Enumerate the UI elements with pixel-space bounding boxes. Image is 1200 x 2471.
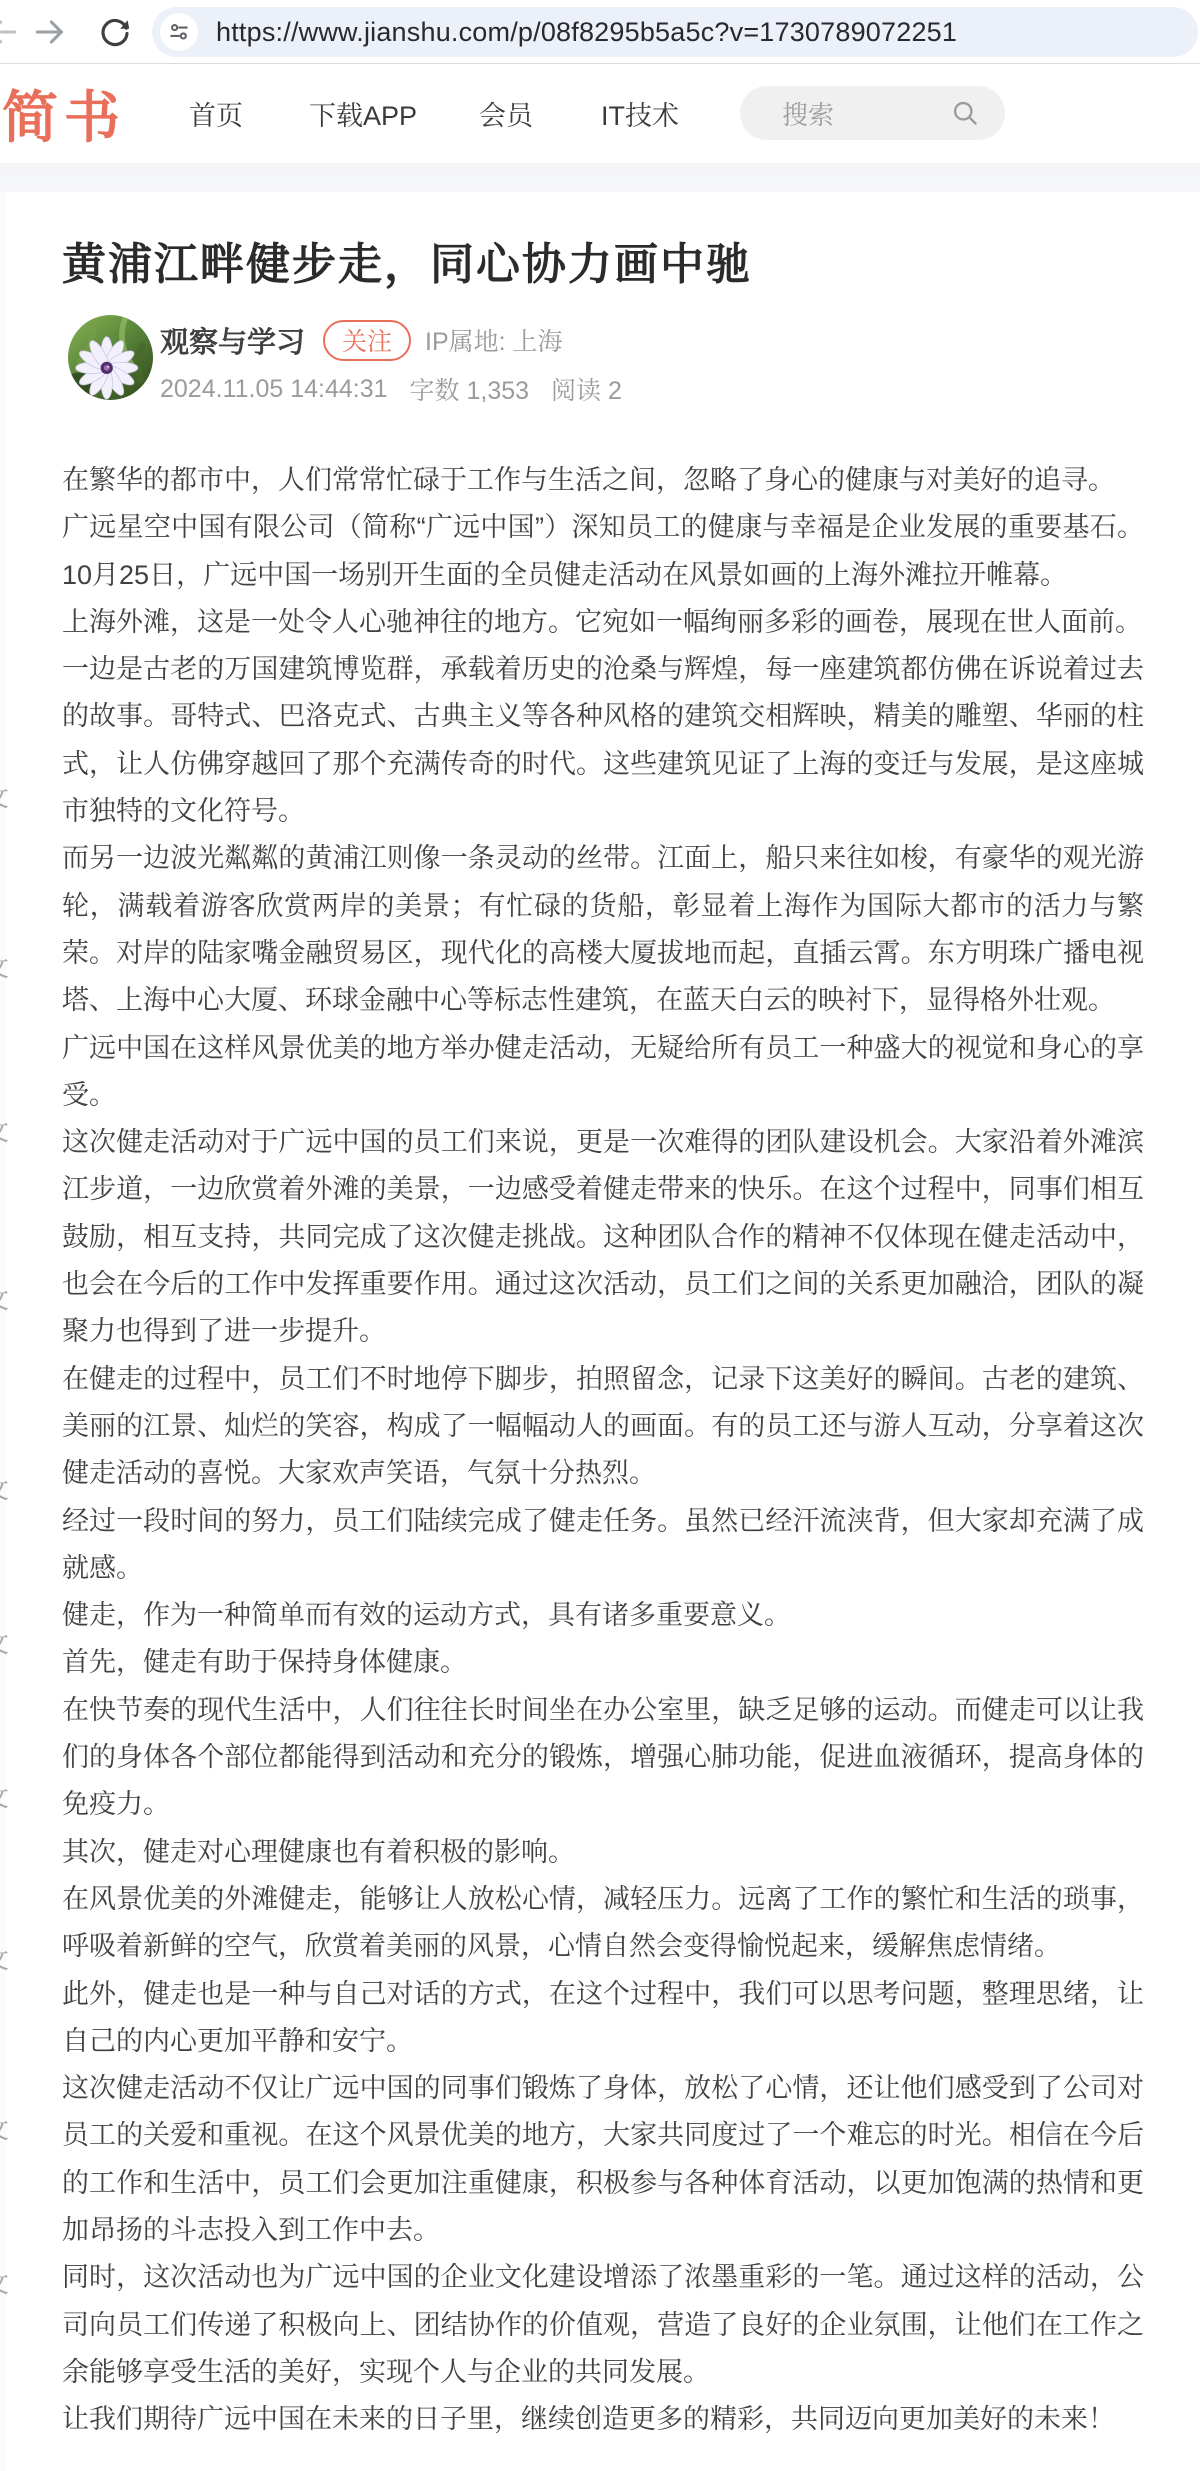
- paragraph: 在健走的过程中，员工们不时地停下脚步，拍照留念，记录下这美好的瞬间。古老的建筑、…: [62, 1356, 1144, 1498]
- nav-item-download-app[interactable]: 下载APP: [309, 64, 417, 163]
- word-count: 字数 1,353: [410, 371, 530, 407]
- ip-location: IP属地: 上海: [425, 322, 563, 358]
- follow-button[interactable]: 关注: [323, 320, 411, 361]
- paragraph: 健走，作为一种简单而有效的运动方式，具有诸多重要意义。: [62, 1592, 1144, 1639]
- reload-icon[interactable]: [97, 14, 133, 50]
- search-icon[interactable]: [951, 99, 979, 127]
- paragraph: 上海外滩，这是一处令人心驰神往的地方。它宛如一幅绚丽多彩的画卷，展现在世人面前。: [62, 599, 1144, 646]
- left-edge-glyph-fragment: 文: [0, 1478, 12, 1503]
- search-placeholder: 搜索: [782, 95, 834, 132]
- author-avatar[interactable]: [68, 315, 153, 400]
- author-info-row: 观察与学习 关注 IP属地: 上海: [160, 318, 563, 362]
- paragraph: 这次健走活动不仅让广远中国的同事们锻炼了身体，放松了心情，还让他们感受到了公司对…: [62, 2065, 1144, 2254]
- left-edge-glyph-fragment: 文: [0, 786, 12, 811]
- paragraph: 此外，健走也是一种与自己对话的方式，在这个过程中，我们可以思考问题，整理思绪，让…: [62, 1971, 1144, 2066]
- paragraph: 首先，健走有助于保持身体健康。: [62, 1639, 1144, 1686]
- author-name[interactable]: 观察与学习: [160, 320, 305, 361]
- left-edge-glyph-fragment: 文: [0, 2118, 12, 2143]
- publish-datetime: 2024.11.05 14:44:31: [160, 375, 388, 404]
- left-edge-glyph-fragment: 文: [0, 2272, 12, 2297]
- read-count: 阅读 2: [551, 371, 622, 407]
- paragraph: 其次，健走对心理健康也有着积极的影响。: [62, 1829, 1144, 1876]
- forward-icon[interactable]: [33, 15, 67, 49]
- paragraph: 在风景优美的外滩健走，能够让人放松心情，减轻压力。远离了工作的繁忙和生活的琐事，…: [62, 1876, 1144, 1971]
- paragraph: 在快节奏的现代生活中，人们往往长时间坐在办公室里，缺乏足够的运动。而健走可以让我…: [62, 1687, 1144, 1829]
- back-icon[interactable]: [0, 15, 19, 49]
- paragraph: 让我们期待广远中国在未来的日子里，继续创造更多的精彩，共同迈向更加美好的未来！: [62, 2396, 1144, 2443]
- article-meta-row: 2024.11.05 14:44:31 字数 1,353 阅读 2: [160, 371, 644, 407]
- left-edge-glyph-fragment: 文: [0, 956, 12, 981]
- nav-item-home[interactable]: 首页: [189, 64, 243, 163]
- left-edge-glyph-fragment: 文: [0, 1948, 12, 1973]
- article-body: 在繁华的都市中，人们常常忙碌于工作与生活之间，忽略了身心的健康与对美好的追寻。 …: [62, 457, 1144, 2443]
- paragraph: 一边是古老的万国建筑博览群，承载着历史的沧桑与辉煌，每一座建筑都仿佛在诉说着过去…: [62, 646, 1144, 835]
- paragraph: 广远星空中国有限公司（简称“广远中国”）深知员工的健康与幸福是企业发展的重要基石…: [62, 504, 1144, 599]
- article-title: 黄浦江畔健步走，同心协力画中驰: [62, 228, 1144, 292]
- left-edge-glyph-fragment: 文: [0, 1786, 12, 1811]
- left-edge-glyph-fragment: 文: [0, 1632, 12, 1657]
- site-navbar: 简书 首页 下载APP 会员 IT技术 搜索: [0, 64, 1200, 164]
- paragraph: 经过一段时间的努力，员工们陆续完成了健走任务。虽然已经汗流浃背，但大家却充满了成…: [62, 1498, 1144, 1593]
- url-bar[interactable]: https://www.jianshu.com/p/08f8295b5a5c?v…: [152, 7, 1198, 57]
- site-settings-icon[interactable]: [160, 13, 198, 51]
- paragraph: 这次健走活动对于广远中国的员工们来说，更是一次难得的团队建设机会。大家沿着外滩滨…: [62, 1119, 1144, 1355]
- nav-item-it-tech[interactable]: IT技术: [601, 64, 679, 163]
- paragraph: 而另一边波光粼粼的黄浦江则像一条灵动的丝带。江面上，船只来往如梭，有豪华的观光游…: [62, 835, 1144, 1024]
- flower-avatar-image: [68, 315, 153, 400]
- paragraph: 广远中国在这样风景优美的地方举办健走活动，无疑给所有员工一种盛大的视觉和身心的享…: [62, 1025, 1144, 1120]
- jianshu-logo[interactable]: 简书: [2, 64, 126, 163]
- browser-toolbar: https://www.jianshu.com/p/08f8295b5a5c?v…: [0, 0, 1200, 64]
- left-edge-glyph-fragment: 文: [0, 1288, 12, 1313]
- search-input[interactable]: 搜索: [740, 86, 1005, 140]
- paragraph: 同时，这次活动也为广远中国的企业文化建设增添了浓墨重彩的一笔。通过这样的活动，公…: [62, 2254, 1144, 2396]
- jianshu-article-page: { "colors": { "accent": "#ea6f5a", "url_…: [0, 0, 1200, 2471]
- left-edge-glyph-fragment: 文: [0, 1120, 12, 1145]
- paragraph: 在繁华的都市中，人们常常忙碌于工作与生活之间，忽略了身心的健康与对美好的追寻。: [62, 457, 1144, 504]
- nav-shadow-strip: [0, 163, 1200, 192]
- nav-item-member[interactable]: 会员: [479, 64, 533, 163]
- url-text[interactable]: https://www.jianshu.com/p/08f8295b5a5c?v…: [216, 7, 957, 57]
